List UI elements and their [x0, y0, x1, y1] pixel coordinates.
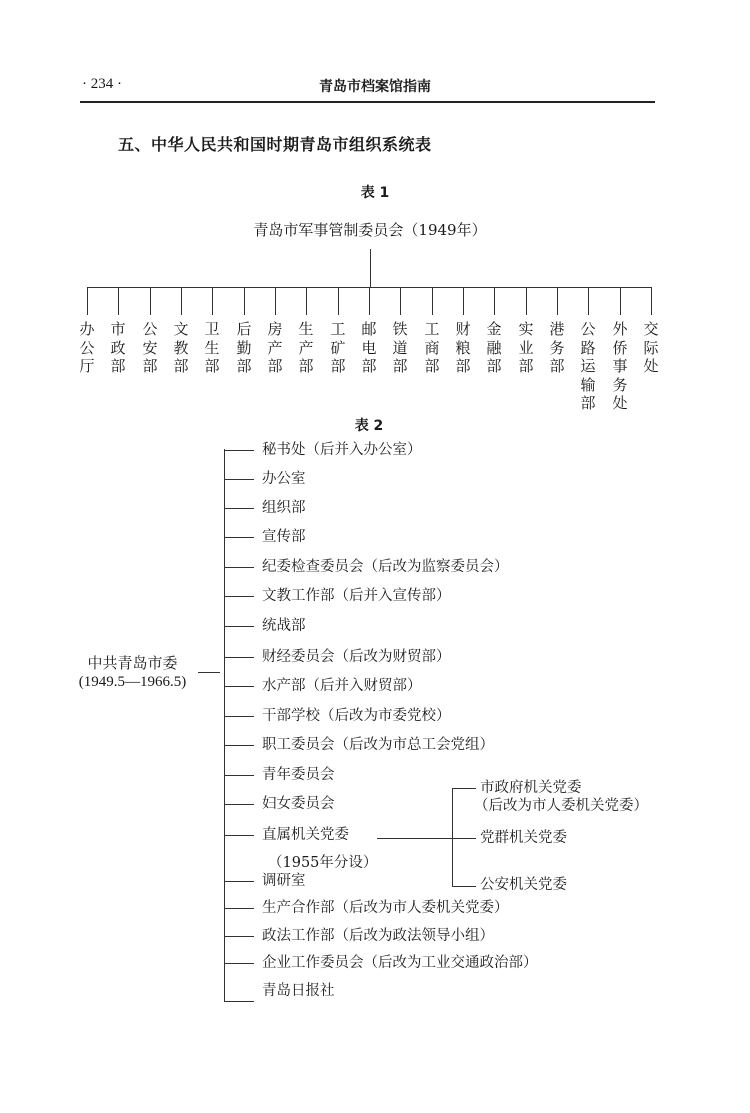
table1-child-connector [181, 287, 182, 315]
table1-child-char: 部 [546, 357, 568, 376]
table2-child-connector [224, 775, 254, 776]
table1-child-char: 部 [452, 357, 474, 376]
table2-child-connector [224, 626, 254, 627]
table1-child-connector [275, 287, 276, 315]
table1-child-char: 工 [421, 320, 443, 339]
table1-child-node: 文教部 [170, 320, 192, 376]
table2-root-name: 中共青岛市委 [60, 654, 205, 673]
table1-child-node: 财粮部 [452, 320, 474, 376]
table1-child-char: 粮 [452, 339, 474, 358]
table1-child-node: 卫生部 [201, 320, 223, 376]
table1-child-node: 实业部 [515, 320, 537, 376]
table1-child-char: 公 [139, 320, 161, 339]
table1-child-char: 部 [201, 357, 223, 376]
table2-root-connector [198, 672, 220, 673]
table1-child-char: 事 [609, 357, 631, 376]
table2-child-node: 秘书处（后并入办公室） [262, 441, 422, 459]
table1-child-connector [494, 287, 495, 315]
table1-child-char: 财 [452, 320, 474, 339]
table2-child-node: 财经委员会（后改为财贸部） [262, 648, 451, 666]
table1-child-node: 邮电部 [358, 320, 380, 376]
table1-child-char: 务 [609, 376, 631, 395]
table2-child-connector [224, 508, 254, 509]
table1-child-connector [87, 287, 88, 315]
table1-child-char: 邮 [358, 320, 380, 339]
table2-root-period: (1949.5—1966.5) [60, 673, 205, 692]
table1-child-char: 部 [327, 357, 349, 376]
table2-child-connector [224, 835, 254, 836]
table1-child-char: 公 [577, 320, 599, 339]
table1-child-char: 部 [233, 357, 255, 376]
table1-child-char: 路 [577, 339, 599, 358]
table1-child-node: 工商部 [421, 320, 443, 376]
table2-child-node: 统战部 [262, 617, 306, 635]
table1-child-node: 房产部 [264, 320, 286, 376]
table1-child-node: 办公厅 [76, 320, 98, 376]
table2-child-connector [224, 1001, 254, 1002]
table1-child-node: 外侨事务处 [609, 320, 631, 413]
table1-child-connector [651, 287, 652, 315]
table2-child-connector [224, 686, 254, 687]
table1-child-node: 后勤部 [233, 320, 255, 376]
table1-child-char: 交 [640, 320, 662, 339]
table1-child-char: 铁 [389, 320, 411, 339]
table2-child-node: 生产合作部（后改为市人委机关党委） [262, 899, 509, 917]
sub-connector-2 [452, 838, 476, 839]
table2-child-connector [224, 936, 254, 937]
table2-child-node: 青年委员会 [262, 766, 335, 784]
table1-child-char: 侨 [609, 339, 631, 358]
table1-child-char: 部 [170, 357, 192, 376]
table2-root-node: 中共青岛市委 (1949.5—1966.5) [60, 654, 205, 692]
table1-child-connector [557, 287, 558, 315]
table2-child-connector [224, 881, 254, 882]
table2-child-connector [224, 657, 254, 658]
table2-child-node: 直属机关党委 [262, 826, 349, 844]
table2-child-connector [224, 596, 254, 597]
table2-child-connector [224, 716, 254, 717]
table1-child-char: 部 [295, 357, 317, 376]
table1-child-node: 港务部 [546, 320, 568, 376]
table1-child-char: 生 [295, 320, 317, 339]
table1-child-char: 融 [483, 339, 505, 358]
table1-child-connector [463, 287, 464, 315]
table2-caption: 表 2 [0, 415, 744, 435]
table1-child-char: 金 [483, 320, 505, 339]
table1-child-node: 生产部 [295, 320, 317, 376]
table1-child-char: 厅 [76, 357, 98, 376]
table1-child-char: 部 [389, 357, 411, 376]
table1-child-char: 教 [170, 339, 192, 358]
table1-caption: 表 1 [0, 182, 750, 202]
table2-child-connector [224, 479, 254, 480]
section-title: 五、中华人民共和国时期青岛市组织系统表 [118, 132, 432, 155]
table2-child-node: 调研室 [262, 872, 306, 890]
table1-child-char: 部 [421, 357, 443, 376]
table1-child-char: 部 [139, 357, 161, 376]
table1-child-node: 交际处 [640, 320, 662, 376]
table1-child-char: 政 [107, 339, 129, 358]
table1-child-connector [244, 287, 245, 315]
table1-child-connector [212, 287, 213, 315]
sub-connector-3 [452, 886, 476, 887]
table1-child-char: 部 [515, 357, 537, 376]
sub-node-municipal-gov-party: 市政府机关党委 [480, 779, 582, 797]
table1-child-connector [526, 287, 527, 315]
table2-child-node: 宣传部 [262, 528, 306, 546]
table1-child-char: 部 [577, 394, 599, 413]
table2-child-node: 文教工作部（后并入宣传部） [262, 587, 451, 605]
table1-child-char: 安 [139, 339, 161, 358]
sub-node-party-mass: 党群机关党委 [480, 829, 567, 847]
table1-child-char: 际 [640, 339, 662, 358]
table2-child-node: 妇女委员会 [262, 795, 335, 813]
direct-party-sub-bus [452, 788, 453, 886]
table1-child-char: 市 [107, 320, 129, 339]
table1-child-connector [306, 287, 307, 315]
table1-child-node: 铁道部 [389, 320, 411, 376]
table1-child-char: 处 [609, 394, 631, 413]
table1-child-connector [118, 287, 119, 315]
book-title: 青岛市档案馆指南 [0, 76, 750, 96]
table1-child-char: 办 [76, 320, 98, 339]
table2-child-connector [224, 450, 254, 451]
table2-child-connector [224, 745, 254, 746]
table1-child-char: 部 [358, 357, 380, 376]
table1-child-char: 部 [483, 357, 505, 376]
table1-child-char: 公 [76, 339, 98, 358]
table2-child-node: 办公室 [262, 470, 306, 488]
table2-child-connector [224, 963, 254, 964]
table2-child-node: 组织部 [262, 499, 306, 517]
direct-party-note: （1955年分设） [268, 854, 377, 872]
header-rule [80, 101, 655, 103]
table1-child-char: 务 [546, 339, 568, 358]
table2-child-node: 水产部（后并入财贸部） [262, 677, 422, 695]
table2-child-node: 政法工作部（后改为政法领导小组） [262, 927, 494, 945]
table1-child-char: 外 [609, 320, 631, 339]
table1-child-char: 文 [170, 320, 192, 339]
table1-child-char: 部 [264, 357, 286, 376]
table1-child-char: 矿 [327, 339, 349, 358]
table2-child-node: 纪委检查委员会（后改为监察委员会） [262, 558, 509, 576]
table1-child-connector [432, 287, 433, 315]
table1-child-char: 业 [515, 339, 537, 358]
table1-child-char: 输 [577, 376, 599, 395]
table1-child-char: 工 [327, 320, 349, 339]
table2-child-connector [224, 804, 254, 805]
table1-child-char: 勤 [233, 339, 255, 358]
direct-party-connector [377, 838, 453, 839]
sub-connector-1 [452, 788, 476, 789]
table1-child-connector [150, 287, 151, 315]
table1-root-connector [370, 249, 371, 287]
sub-node-public-security: 公安机关党委 [480, 876, 567, 894]
table1-child-char: 房 [264, 320, 286, 339]
table1-child-char: 港 [546, 320, 568, 339]
table1-child-char: 处 [640, 357, 662, 376]
table1-child-connector [400, 287, 401, 315]
table2-child-node: 干部学校（后改为市委党校） [262, 707, 451, 725]
table1-child-char: 产 [295, 339, 317, 358]
table1-child-node: 市政部 [107, 320, 129, 376]
table2-child-node: 企业工作委员会（后改为工业交通政治部） [262, 954, 538, 972]
table1-child-char: 生 [201, 339, 223, 358]
table1-child-char: 部 [107, 357, 129, 376]
table1-child-node: 公路运输部 [577, 320, 599, 413]
table1-child-connector [588, 287, 589, 315]
table1-child-char: 运 [577, 357, 599, 376]
table1-child-connector [620, 287, 621, 315]
table1-child-node: 公安部 [139, 320, 161, 376]
table1-child-char: 电 [358, 339, 380, 358]
table1-child-node: 工矿部 [327, 320, 349, 376]
sub-node-municipal-gov-party-note: （后改为市人委机关党委） [474, 797, 648, 815]
table1-child-char: 卫 [201, 320, 223, 339]
table2-child-connector [224, 567, 254, 568]
table1-child-node: 金融部 [483, 320, 505, 376]
table2-child-connector [224, 908, 254, 909]
table1-child-connector [369, 287, 370, 315]
table1-child-char: 产 [264, 339, 286, 358]
table2-vertical-bus [224, 449, 225, 1001]
table1-child-char: 实 [515, 320, 537, 339]
table1-child-char: 后 [233, 320, 255, 339]
table1-child-connector [338, 287, 339, 315]
table1-child-char: 道 [389, 339, 411, 358]
table2-child-node: 职工委员会（后改为市总工会党组） [262, 736, 494, 754]
table2-child-node: 青岛日报社 [262, 982, 335, 1000]
table1-child-char: 商 [421, 339, 443, 358]
table1-root-node: 青岛市军事管制委员会（1949年） [0, 219, 740, 240]
table2-child-connector [224, 537, 254, 538]
